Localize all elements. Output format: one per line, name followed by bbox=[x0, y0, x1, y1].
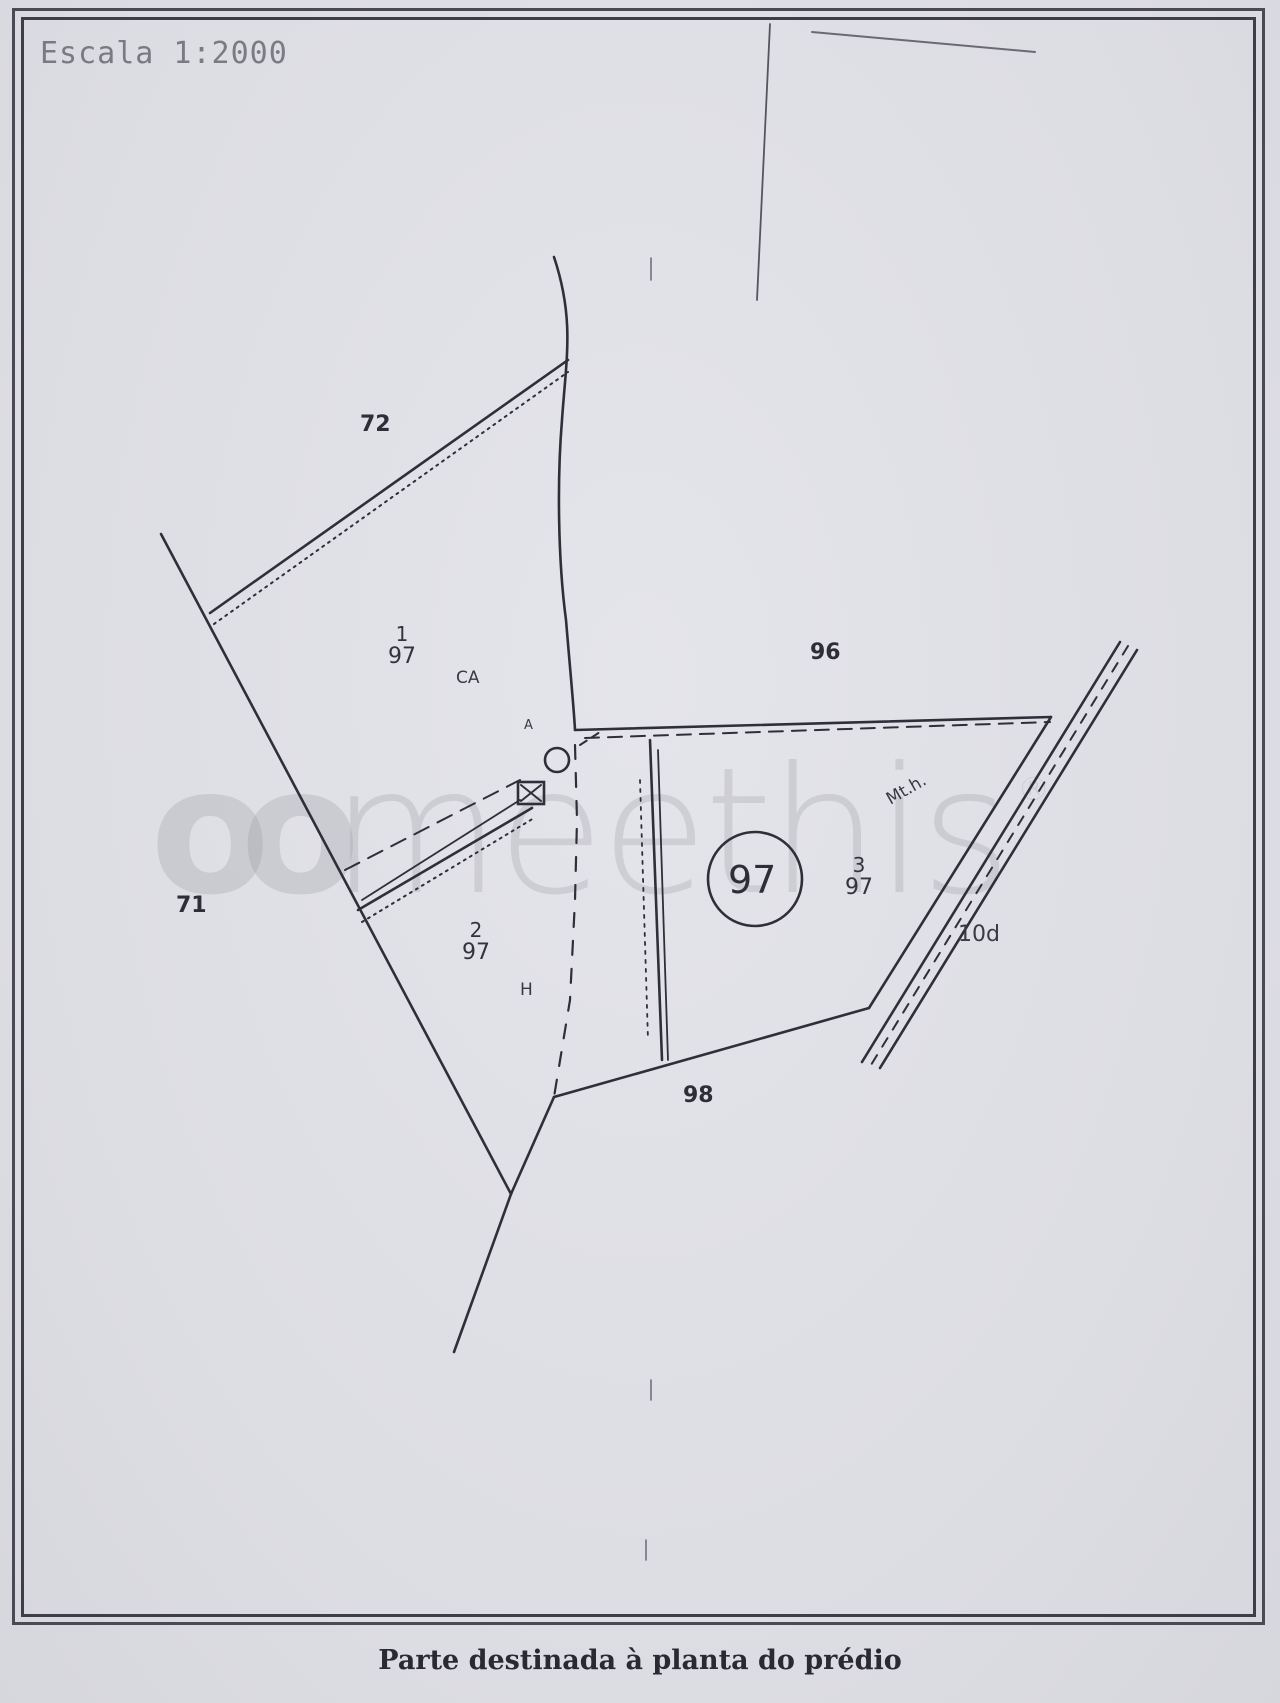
slope-hatching-lower bbox=[362, 818, 534, 922]
wall-line bbox=[650, 740, 662, 1060]
parcel-label-96: 96 bbox=[810, 640, 841, 665]
subdivision-numerator: 2 bbox=[462, 920, 490, 941]
subdivision-2-97: 2 97 bbox=[462, 920, 490, 964]
subdivision-3-97: 3 97 bbox=[845, 855, 873, 899]
survey-point-icon bbox=[545, 748, 569, 772]
faint-boundary-line bbox=[812, 32, 1035, 52]
dashed-path-central bbox=[554, 745, 577, 1097]
subdivision-denominator: 97 bbox=[845, 876, 873, 899]
slope-hatching bbox=[214, 372, 568, 624]
parcel-label-98: 98 bbox=[683, 1083, 714, 1108]
boundary-line-east bbox=[869, 717, 1051, 1008]
subdivision-note-ca: CA bbox=[456, 668, 480, 688]
slope-line-lower bbox=[358, 808, 532, 910]
subdivision-1-97: 1 97 bbox=[388, 624, 416, 668]
subdivision-numerator: 1 bbox=[388, 624, 416, 645]
boundary-line-upper bbox=[554, 257, 575, 730]
faint-boundary-line bbox=[757, 24, 770, 300]
slope-line-72 bbox=[210, 360, 568, 613]
road-centerline bbox=[871, 646, 1128, 1065]
main-parcel-number: 97 bbox=[728, 858, 776, 902]
road-edge-left bbox=[862, 642, 1120, 1062]
subdivision-denominator: 97 bbox=[388, 645, 416, 668]
road-edge-right bbox=[880, 650, 1137, 1068]
road-label: 10d bbox=[958, 922, 1000, 947]
dashed-path-west bbox=[345, 780, 520, 870]
scanned-sheet: Escala 1:2000 oomeethis® bbox=[0, 0, 1280, 1703]
parcel-label-72: 72 bbox=[360, 412, 391, 437]
subdivision-denominator: 97 bbox=[462, 941, 490, 964]
subdivision-numerator: 3 bbox=[845, 855, 873, 876]
boundary-line-lower bbox=[511, 1097, 554, 1194]
point-marker-label: A bbox=[524, 718, 533, 733]
subdivision-note-h: H bbox=[520, 980, 533, 1000]
document-caption: Parte destinada à planta do prédio bbox=[0, 1645, 1280, 1676]
cadastral-plan bbox=[0, 0, 1280, 1703]
parcel-label-71: 71 bbox=[176, 893, 207, 918]
boundary-line-lower bbox=[454, 1194, 511, 1352]
